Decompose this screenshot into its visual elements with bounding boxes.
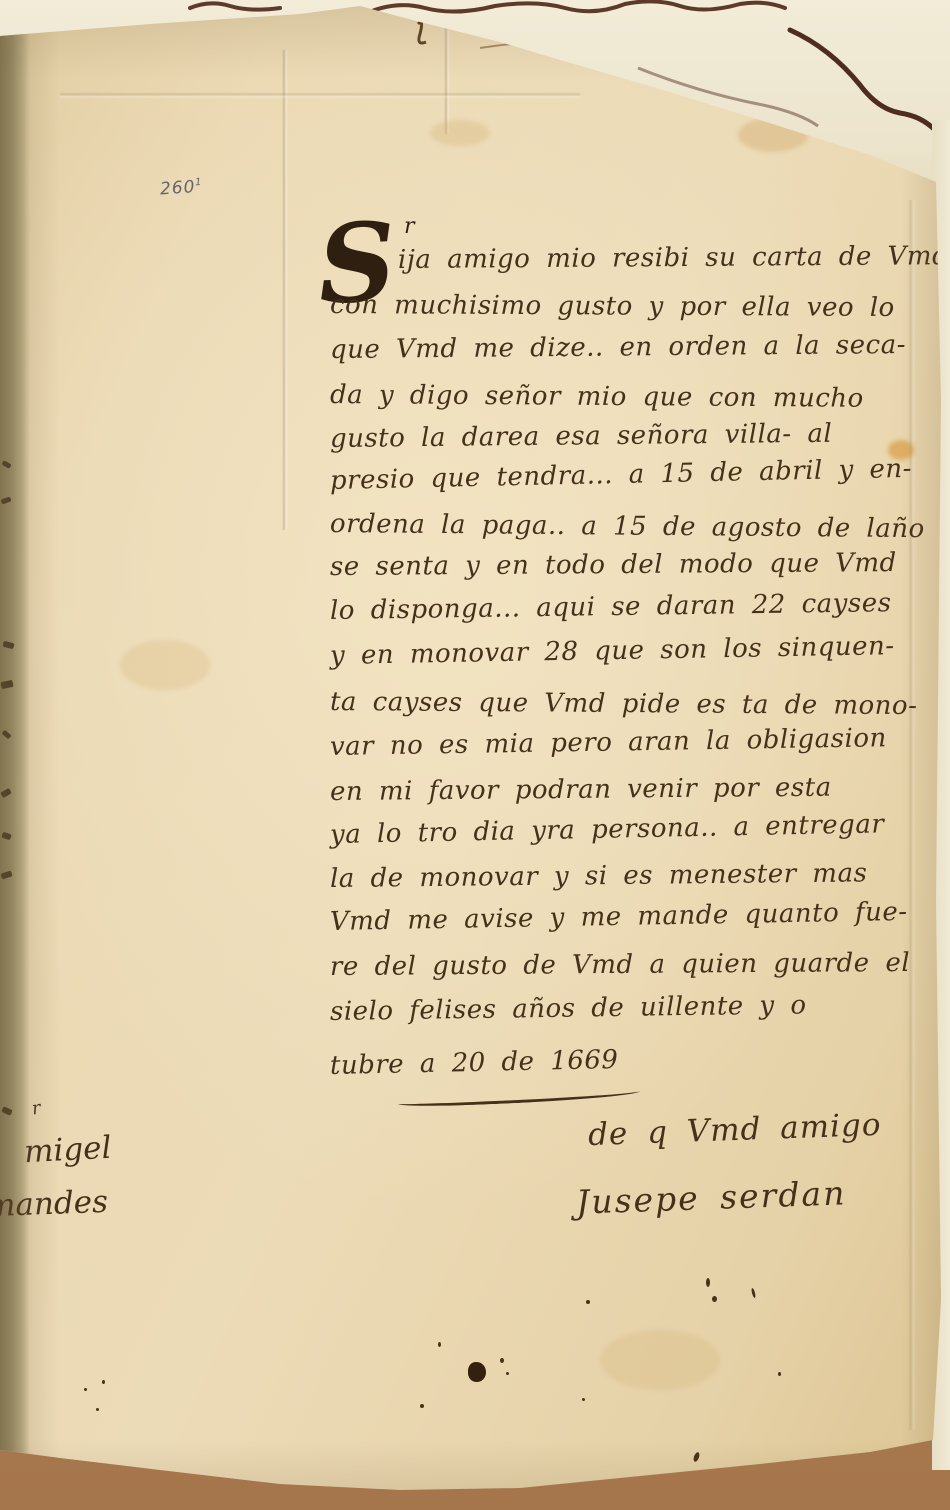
margin-note-line2: mandes <box>0 1184 109 1224</box>
folio-number-digits: 260 <box>159 177 196 199</box>
ink-speck <box>582 1398 585 1401</box>
manuscript-page: 2601 S r ija amigo mio resibi su carta d… <box>0 0 950 1510</box>
age-stain <box>600 1330 720 1390</box>
salutation-superscript: r <box>404 214 415 239</box>
ink-speck <box>751 1288 756 1298</box>
fold-crease-horizontal <box>60 92 580 99</box>
letter-body-line: sielo felises años de uillente y o <box>330 989 940 1026</box>
letter-body-line: Vmd me avise y me mande quanto fue- <box>330 897 940 936</box>
fold-crease-vertical <box>444 24 450 134</box>
ink-speck <box>712 1296 717 1302</box>
ink-speck <box>506 1372 509 1375</box>
letter-body-line: gusto la darea esa señora villa- al <box>330 419 940 454</box>
letter-body-line: re del gusto de Vmd a quien guarde el <box>330 949 940 982</box>
folio-number: 2601 <box>159 177 203 200</box>
age-stain <box>430 120 490 146</box>
letter-body-line: que Vmd me dize.. en orden a la seca- <box>330 331 940 365</box>
ink-speck <box>96 1408 99 1411</box>
letter-body-line: la de monovar y si es menester mas <box>330 859 940 894</box>
ink-speck <box>102 1380 105 1384</box>
ink-speck <box>692 1451 700 1462</box>
letter-body-line: con muchisimo gusto y por ella veo lo <box>330 291 940 323</box>
letter-body-line: en mi favor podran venir por esta <box>330 773 940 807</box>
ink-speck <box>706 1278 710 1287</box>
letter-body-line: da y digo señor mio que con mucho <box>330 381 940 414</box>
ink-speck <box>84 1388 87 1391</box>
letter-body-line: lo disponga... aqui se daran 22 cayses <box>330 588 940 625</box>
letter-body-line: var no es mia pero aran la obligasion <box>330 723 940 761</box>
letter-body-line: y en monovar 28 que son los sinquen- <box>330 631 940 670</box>
letter-signature: Jusepe serdan <box>575 1173 847 1221</box>
age-stain <box>120 640 210 690</box>
ink-speck <box>500 1358 504 1363</box>
ink-speck <box>586 1300 590 1304</box>
letter-date-line: tubre a 20 de 1669 <box>330 1039 940 1080</box>
ink-speck <box>438 1342 441 1347</box>
letter-body-line: ta cayses que Vmd pide es ta de mono- <box>330 688 940 721</box>
scanned-manuscript-photo: { "document": { "folio_number": "260", "… <box>0 0 950 1510</box>
margin-note-line1: migel <box>23 1130 112 1171</box>
ink-blot <box>468 1362 486 1382</box>
folio-number-superscript: 1 <box>195 177 203 188</box>
letter-body-line: se senta y en todo del modo que Vmd <box>330 549 940 582</box>
letter-closing: de q Vmd amigo <box>587 1107 882 1153</box>
date-underline-flourish <box>398 1087 640 1109</box>
letter-body-line: ya lo tro dia yra persona.. a entregar <box>330 809 940 849</box>
binding-gutter-strip <box>0 20 30 1465</box>
letter-body-line: presio que tendra... a 15 de abril y en- <box>330 454 940 495</box>
letter-body-line: ija amigo mio resibi su carta de Vmd <box>398 242 950 275</box>
ink-speck <box>778 1372 781 1376</box>
margin-tick-mark: r <box>31 1098 42 1120</box>
fold-crease-vertical <box>282 50 288 530</box>
letter-body-line: ordena la paga.. a 15 de agosto de laño <box>330 510 940 544</box>
ink-speck <box>420 1404 424 1408</box>
